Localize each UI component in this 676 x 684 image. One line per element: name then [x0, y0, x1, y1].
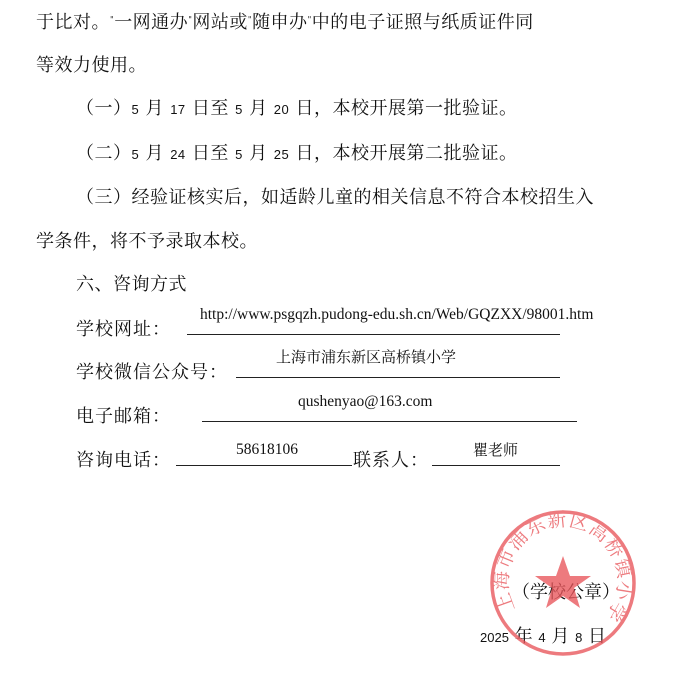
paragraph-line: 学条件，将不予录取本校。: [36, 227, 258, 253]
text: 月: [139, 98, 170, 119]
contact-person-label: 联系人：: [353, 446, 429, 472]
phone-underline: [176, 465, 352, 466]
text: 日至: [186, 143, 235, 164]
day: 17: [170, 102, 185, 117]
text: 中的电子证照与纸质证件同: [312, 12, 534, 33]
text: 网站或: [192, 12, 248, 33]
verification-item-1: （一）5 月 17 日至 5 月 20 日，本校开展第一批验证。: [76, 94, 518, 120]
wechat-underline: [236, 377, 560, 378]
email-value[interactable]: qushenyao@163.com: [298, 393, 432, 411]
day: 25: [274, 147, 289, 162]
text: 月: [243, 98, 274, 119]
contact-person-underline: [432, 465, 560, 466]
item-prefix: （二）: [76, 143, 132, 164]
email-underline: [202, 421, 577, 422]
website-label: 学校网址：: [76, 315, 171, 341]
day: 20: [274, 102, 289, 117]
email-label: 电子邮箱：: [76, 402, 171, 428]
month: 5: [235, 102, 243, 117]
text: 月: [243, 143, 274, 164]
website-underline: [187, 334, 560, 335]
item-prefix: （一）: [76, 98, 132, 119]
app-name: 随申办: [252, 12, 308, 33]
service-name: 一网通办: [114, 12, 188, 33]
text: 于比对。: [36, 12, 110, 33]
contact-person-value: 瞿老师: [473, 439, 518, 460]
phone-value: 58618106: [236, 441, 298, 459]
star-icon: [535, 556, 591, 608]
verification-item-3: （三）经验证核实后，如适龄儿童的相关信息不符合本校招生入: [76, 183, 594, 209]
section-heading: 六、咨询方式: [76, 270, 187, 296]
phone-label: 咨询电话：: [76, 446, 171, 472]
website-value[interactable]: http://www.psgqzh.pudong-edu.sh.cn/Web/G…: [200, 306, 593, 324]
paragraph-line: 于比对。"一网通办"网站或"随申办"中的电子证照与纸质证件同: [36, 8, 534, 34]
text: 日，本校开展第一批验证。: [289, 98, 517, 119]
wechat-label: 学校微信公众号：: [76, 358, 228, 384]
verification-item-2: （二）5 月 24 日至 5 月 25 日，本校开展第二批验证。: [76, 139, 518, 165]
text: 日，本校开展第二批验证。: [289, 143, 517, 164]
month: 5: [235, 147, 243, 162]
text: 月: [139, 143, 170, 164]
paragraph-line: 等效力使用。: [36, 51, 147, 77]
school-seal-stamp-icon: 上海市浦东新区高桥镇小学: [488, 508, 638, 658]
text: 日至: [186, 98, 235, 119]
day: 24: [170, 147, 185, 162]
wechat-value: 上海市浦东新区高桥镇小学: [276, 346, 456, 367]
